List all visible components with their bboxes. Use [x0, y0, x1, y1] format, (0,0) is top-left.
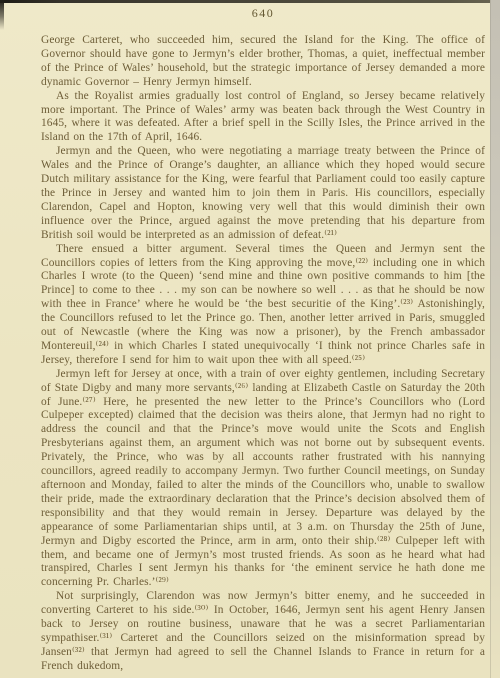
paragraph: As the Royalist armies gradually lost co… — [41, 90, 485, 146]
body-text: George Carteret, who succeeded him, secu… — [41, 34, 485, 674]
page-content: 640 George Carteret, who succeeded him, … — [41, 6, 485, 674]
scan-top-edge-shadow — [0, 0, 500, 3]
paragraph: There ensued a bitter argument. Several … — [41, 243, 485, 368]
paragraph: Jermyn and the Queen, who were negotiati… — [41, 145, 485, 242]
paragraph: Not surprisingly, Clarendon was now Jerm… — [41, 590, 485, 673]
book-page: 640 George Carteret, who succeeded him, … — [0, 0, 500, 678]
paragraph: Jermyn left for Jersey at once, with a t… — [41, 368, 485, 591]
scan-left-corner-shadow — [0, 0, 4, 30]
paragraph: George Carteret, who succeeded him, secu… — [41, 34, 485, 90]
scan-right-edge-strip — [490, 0, 500, 678]
page-number: 640 — [41, 6, 485, 21]
